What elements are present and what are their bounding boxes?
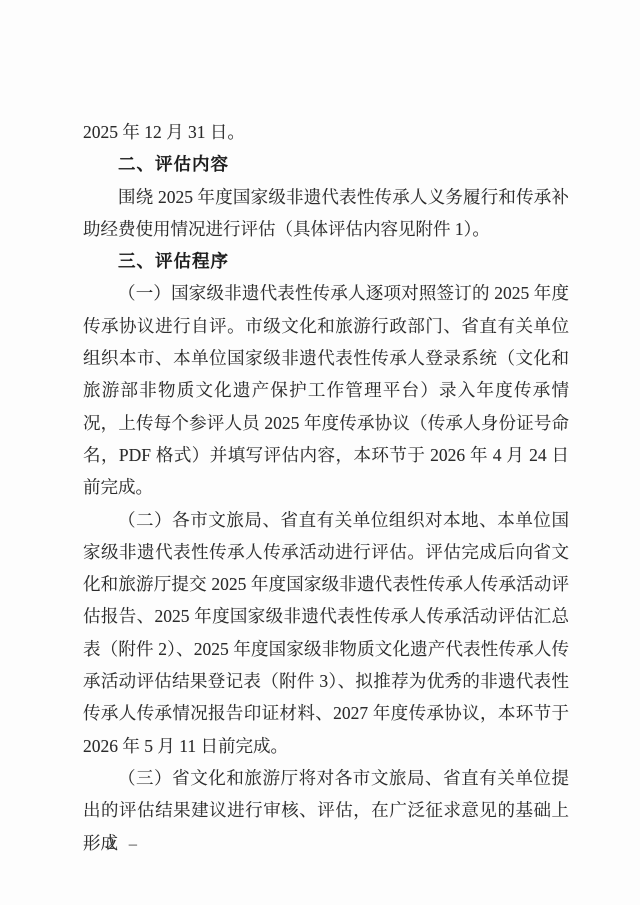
document-body: 2025 年 12 月 31 日。二、评估内容围绕 2025 年度国家级非遗代表… — [83, 116, 569, 859]
document-page: 2025 年 12 月 31 日。二、评估内容围绕 2025 年度国家级非遗代表… — [0, 0, 640, 905]
document-paragraph: （二）各市文旅局、省直有关单位组织对本地、本单位国家级非遗代表性传承人传承活动进… — [83, 504, 569, 762]
page-number: – 2 – — [84, 834, 142, 854]
document-paragraph: 2025 年 12 月 31 日。 — [83, 116, 569, 148]
document-paragraph: （三）省文化和旅游厅将对各市文旅局、省直有关单位提出的评估结果建议进行审核、评估… — [83, 762, 569, 859]
document-paragraph: 围绕 2025 年度国家级非遗代表性传承人义务履行和传承补助经费使用情况进行评估… — [83, 181, 569, 246]
section-heading: 三、评估程序 — [83, 245, 569, 277]
section-heading: 二、评估内容 — [83, 148, 569, 180]
document-paragraph: （一）国家级非遗代表性传承人逐项对照签订的 2025 年度传承协议进行自评。市级… — [83, 277, 569, 503]
